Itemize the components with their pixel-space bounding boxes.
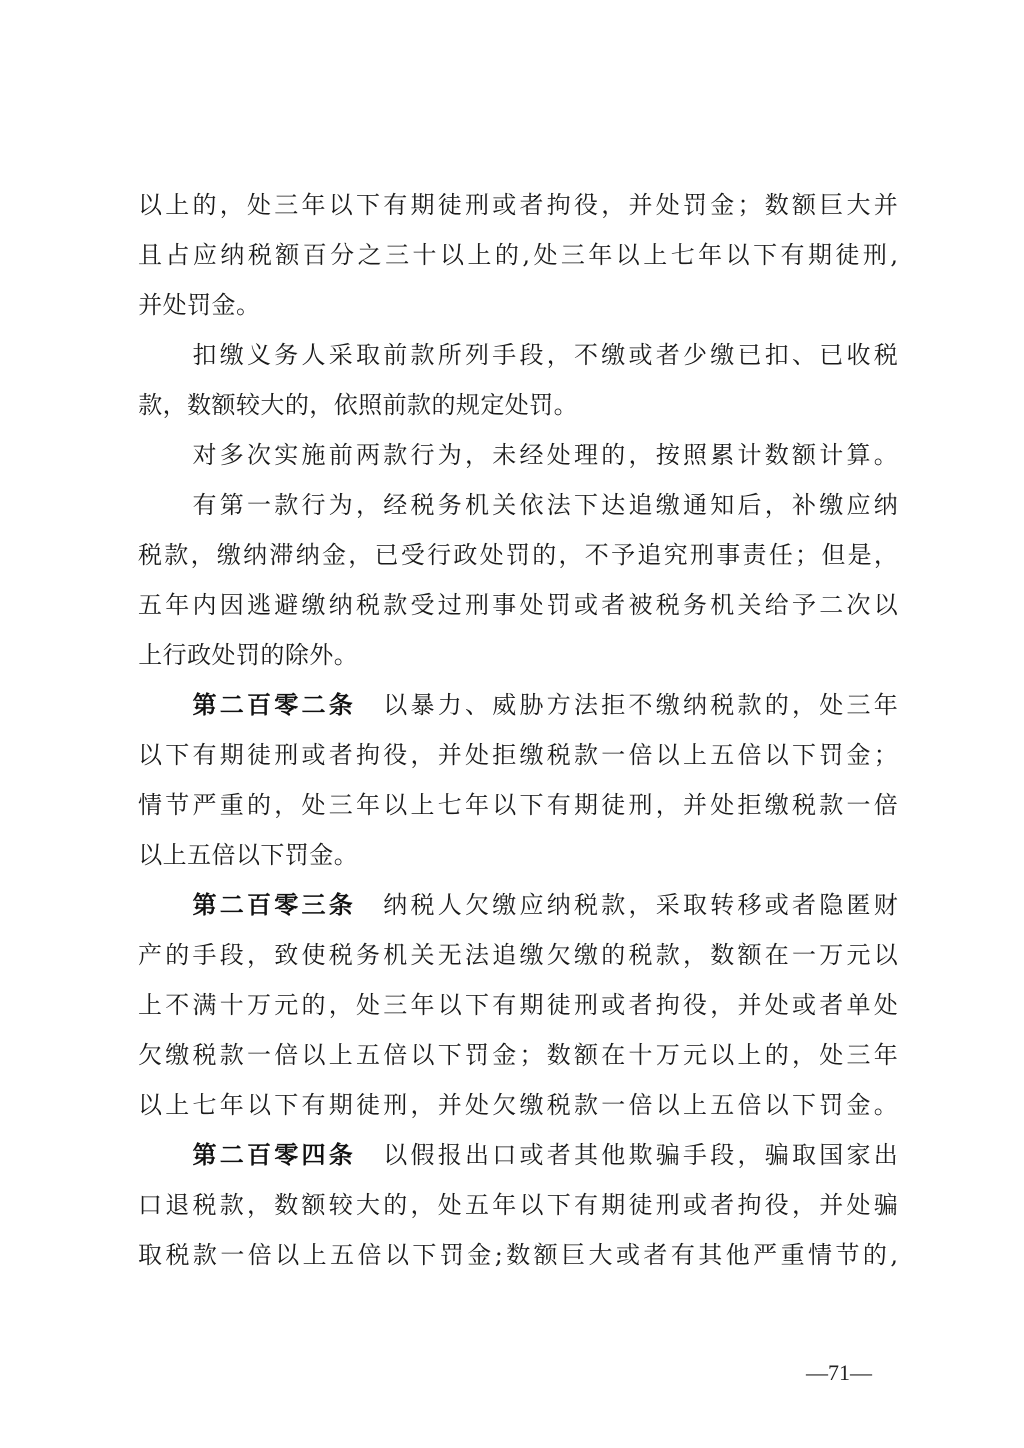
text-line: 以上五倍以下罚金。 xyxy=(138,830,898,880)
text-line: 上不满十万元的，处三年以下有期徒刑或者拘役，并处或者单处 xyxy=(138,980,898,1030)
text-line: 取税款一倍以上五倍以下罚金;数额巨大或者有其他严重情节的, xyxy=(138,1230,898,1280)
text-line: 情节严重的，处三年以上七年以下有期徒刑，并处拒缴税款一倍 xyxy=(138,780,898,830)
text-line: 扣缴义务人采取前款所列手段，不缴或者少缴已扣、已收税 xyxy=(138,330,898,380)
document-page: 以上的，处三年以下有期徒刑或者拘役，并处罚金；数额巨大并且占应纳税额百分之三十以… xyxy=(0,0,1024,1448)
text-line: 对多次实施前两款行为，未经处理的，按照累计数额计算。 xyxy=(138,430,898,480)
text-line: 款，数额较大的，依照前款的规定处罚。 xyxy=(138,380,898,430)
text-line: 以上七年以下有期徒刑，并处欠缴税款一倍以上五倍以下罚金。 xyxy=(138,1080,898,1130)
text-line: 五年内因逃避缴纳税款受过刑事处罚或者被税务机关给予二次以 xyxy=(138,580,898,630)
text-line: 口退税款，数额较大的，处五年以下有期徒刑或者拘役，并处骗 xyxy=(138,1180,898,1230)
text-line: 产的手段，致使税务机关无法追缴欠缴的税款，数额在一万元以 xyxy=(138,930,898,980)
text-line: 以上的，处三年以下有期徒刑或者拘役，并处罚金；数额巨大并 xyxy=(138,180,898,230)
text-line: 以下有期徒刑或者拘役，并处拒缴税款一倍以上五倍以下罚金； xyxy=(138,730,898,780)
page-number: —71— xyxy=(806,1358,872,1388)
article-heading-line: 第二百零二条 以暴力、威胁方法拒不缴纳税款的，处三年 xyxy=(138,680,898,730)
article-heading-line: 第二百零三条 纳税人欠缴应纳税款，采取转移或者隐匿财 xyxy=(138,880,898,930)
text-line: 并处罚金。 xyxy=(138,280,898,330)
article-heading-line: 第二百零四条 以假报出口或者其他欺骗手段，骗取国家出 xyxy=(138,1130,898,1180)
text-line: 且占应纳税额百分之三十以上的,处三年以上七年以下有期徒刑, xyxy=(138,230,898,280)
text-line: 欠缴税款一倍以上五倍以下罚金；数额在十万元以上的，处三年 xyxy=(138,1030,898,1080)
text-line: 税款，缴纳滞纳金，已受行政处罚的，不予追究刑事责任；但是， xyxy=(138,530,898,580)
text-line: 上行政处罚的除外。 xyxy=(138,630,898,680)
text-line: 有第一款行为，经税务机关依法下达追缴通知后，补缴应纳 xyxy=(138,480,898,530)
